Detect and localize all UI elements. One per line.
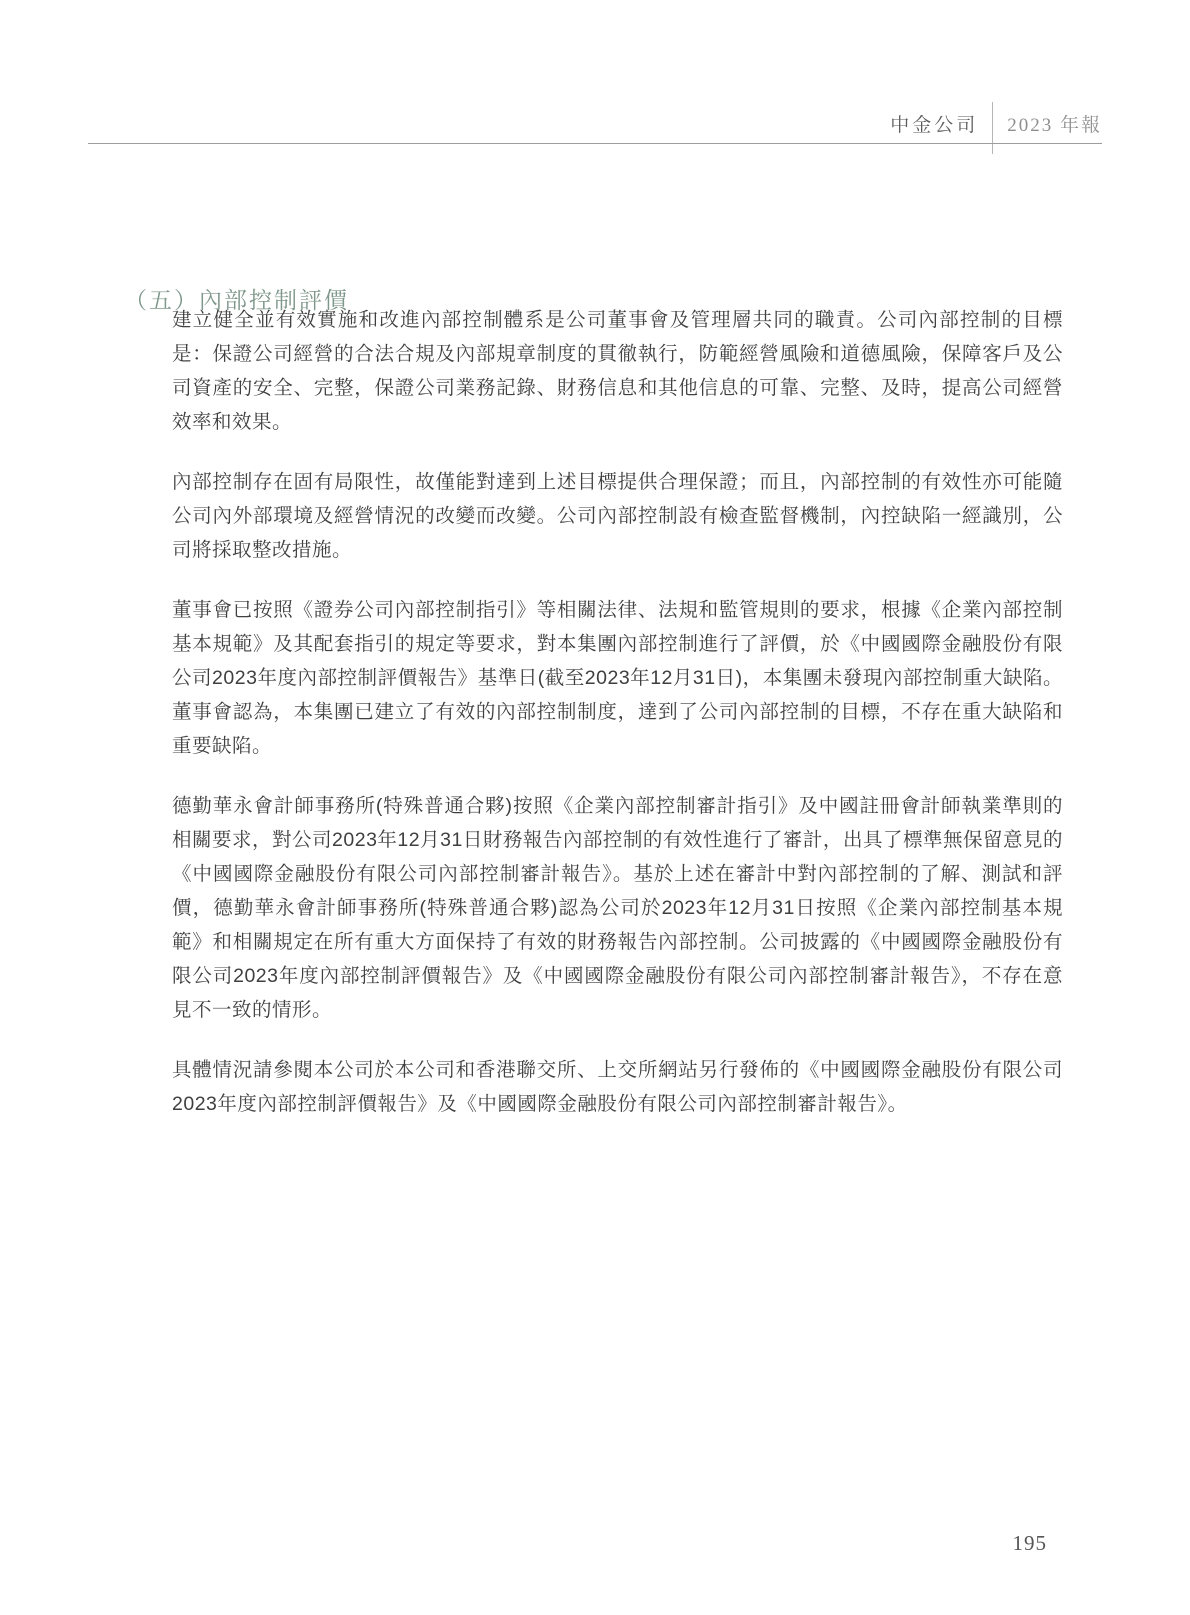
report-page: 中金公司 2023 年報 （五）內部控制評價 建立健全並有效實施和改進內部控制體… — [0, 0, 1190, 1615]
paragraph-1: 建立健全並有效實施和改進內部控制體系是公司董事會及管理層共同的職責。公司內部控制… — [172, 303, 1063, 439]
page-header: 中金公司 2023 年報 — [890, 99, 1102, 147]
paragraph-3: 董事會已按照《證券公司內部控制指引》等相關法律、法規和監管規則的要求，根據《企業… — [172, 593, 1063, 763]
company-name: 中金公司 — [890, 110, 978, 137]
header-rule — [88, 143, 1102, 144]
report-year-label: 2023 年報 — [1007, 110, 1102, 137]
paragraph-5: 具體情況請參閱本公司於本公司和香港聯交所、上交所網站另行發佈的《中國國際金融股份… — [172, 1053, 1063, 1121]
paragraph-4: 德勤華永會計師事務所(特殊普通合夥)按照《企業內部控制審計指引》及中國註冊會計師… — [172, 789, 1063, 1027]
header-divider — [992, 102, 993, 154]
page-number: 195 — [1013, 1531, 1048, 1556]
section-body: 建立健全並有效實施和改進內部控制體系是公司董事會及管理層共同的職責。公司內部控制… — [172, 303, 1063, 1147]
paragraph-2: 內部控制存在固有局限性，故僅能對達到上述目標提供合理保證；而且，內部控制的有效性… — [172, 465, 1063, 567]
